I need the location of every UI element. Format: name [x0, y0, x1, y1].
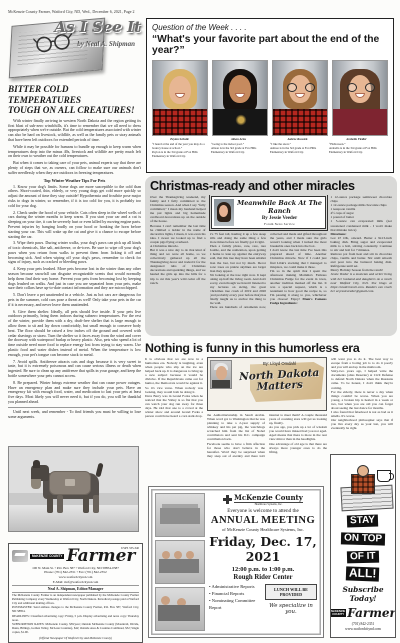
omdahl-column-1: It is obvious that we are now in a humor…: [145, 357, 203, 479]
omdahl-byline: By: Lloyd Omdahl: [235, 361, 324, 366]
printing-press-icon: [12, 550, 28, 562]
coffee-cup-icon: [377, 470, 391, 482]
tip-item: 3. Wipe their paws. During winter walks,…: [8, 241, 141, 265]
lunch-note: LUNCH WILL BE PROVIDED: [265, 584, 317, 600]
ranch-column-1: Over the Thanksgiving weekend, my family…: [150, 195, 206, 327]
as-i-see-it-logo: As I See It by Neal A. Shipman: [8, 16, 141, 82]
columnist-byline-box: Meanwhile Back At The Ranch By Jessie Ve…: [211, 196, 326, 229]
subscribe-ad: STAY ON TOP OF IT ALL! Subscribe Today! …: [330, 454, 396, 638]
meeting-subtitle: of McKenzie County Healthcare Systems, I…: [209, 527, 317, 532]
respondent-photo-2: [212, 60, 268, 136]
email-line: E-Mail: mcf@watfordcitynd.com: [12, 580, 139, 585]
respondent-caption: Peyton Schultz “I heard at the end of th…: [152, 138, 207, 172]
meeting-ad-photos: [155, 493, 205, 631]
fine-print-paragraph: DEADLINES: Classified advertising copy: …: [12, 615, 139, 623]
plaid-shirt: [273, 109, 327, 135]
paragraph: While it may be possible for humans to b…: [8, 145, 141, 159]
column-logo-byline: by Neal A. Shipman: [77, 40, 135, 48]
reader-head-graphic: [357, 465, 369, 477]
dog-beard: [31, 479, 41, 489]
question-of-the-week-box: Question of the Week . . . . “What's you…: [146, 18, 394, 173]
tip-item: 5. Don't leave a pet unattended in a veh…: [8, 293, 141, 307]
respondent-caption: Alison Arias “Going to the indoor pool.”…: [211, 138, 266, 172]
masthead-brand: McKENZIE COUNTY Farmer: [12, 548, 139, 565]
subscribe-brand: McKENZIE COUNTY Farmer: [333, 606, 393, 620]
healthcare-tagline: We specialize in you.: [265, 603, 317, 615]
respondent-caption: Arabella Fiedler “Halloween.” Arabella i…: [329, 138, 384, 172]
question-headline: “What's your favorite part about the end…: [152, 34, 388, 56]
north-dakota-matters-wordmark: North Dakota Matters: [235, 368, 325, 394]
respondent-bio: Peyton is in the 3rd grade at Fox Hills …: [152, 151, 207, 159]
meeting-ad-body: McKenzie County Healthcare Systems, Inc.…: [209, 493, 317, 631]
dog-coat-pocket: [65, 479, 75, 486]
column-byline: By Jessie Veeder: [237, 216, 323, 221]
plaid-shirt-graphic: [351, 474, 375, 494]
facility-photo: [155, 493, 205, 537]
headline-line2: TOUGH ON ALL CREATURES!: [8, 105, 141, 116]
fine-print-paragraph: SUBSCRIPTION RATES: McKenzie County, $39…: [12, 623, 139, 634]
respondent-bio: Alison is in the 3rd grade at Fox Hills …: [211, 147, 266, 155]
ranch-column-4: 1 12-ounce package semisweet chocolate c…: [331, 195, 392, 327]
north-dakota-matters-logo-box: By: Lloyd Omdahl North Dakota Matters: [207, 357, 327, 411]
columnist-bio: Jessie Veeder is a musician and writer l…: [331, 272, 392, 292]
fine-print-paragraph: The McKenzie County Farmer is an indepen…: [12, 594, 139, 605]
respondent-bio: Aubree is in the 3rd grade at Fox Hills …: [270, 147, 325, 155]
dog-in-snow-photo: [8, 446, 139, 532]
omdahl-middle-text: the Authoritarianship in Saudi Arabia. W…: [207, 413, 327, 479]
glasses-icon: [287, 83, 297, 92]
omdahl-column-middle: By: Lloyd Omdahl North Dakota Matters th…: [207, 357, 327, 479]
suit: [212, 380, 230, 388]
face: [216, 366, 227, 380]
agenda-item: Financial Reports: [209, 591, 262, 598]
column-credit: Forum News Service: [237, 222, 323, 226]
meeting-ad-right: LUNCH WILL BE PROVIDED We specialize in …: [265, 584, 317, 615]
ranch-column-middle: Meanwhile Back At The Ranch By Jessie Ve…: [210, 195, 327, 327]
medical-cross-icon: [223, 495, 232, 504]
dog-leg: [47, 495, 53, 513]
ranch-column-section: Christmas-ready and other miracles Over …: [145, 176, 397, 336]
stay-on-top-text: STAY ON TOP OF IT ALL!: [333, 510, 393, 582]
tip-item: 6. Give them shelter. Ideally, all pets …: [8, 310, 141, 358]
glasses-icon: [365, 83, 375, 92]
respondent-photo-4: [332, 60, 388, 136]
newspaper-masthead: USPS 335-340 McKENZIE COUNTY Farmer 100 …: [8, 543, 143, 643]
fudge-ingredients: 1 12-ounce package semisweet chocolate c…: [331, 195, 392, 232]
maroon-shirt: [333, 109, 387, 135]
agenda-item: Administrative Reports: [209, 584, 262, 591]
dog-leg: [83, 495, 89, 513]
logo-box-text: By: Lloyd Omdahl North Dakota Matters: [235, 360, 324, 408]
tips-heading: Top Winter Weather Tips For Pets: [8, 178, 141, 183]
stay-line: STAY: [347, 514, 378, 527]
face: [169, 76, 191, 104]
official-newspaper-line: (Official Newspaper Of Watford City And …: [12, 636, 139, 640]
meeting-ad-bottom: Administrative Reports Financial Reports…: [209, 584, 317, 615]
subscribe-contact: (701) 842-2351 www.watfordcitynd.com: [333, 622, 393, 633]
dog-leg: [57, 495, 63, 513]
headline-line1: BITTER COLD TEMPERATURES: [8, 84, 141, 105]
county-label: McKENZIE COUNTY: [330, 609, 346, 617]
fudge-directions: Got it? OK, onward. Butter a 9x13-inch b…: [331, 236, 392, 269]
care-photo: [155, 587, 205, 631]
stay-line: OF IT: [347, 551, 379, 563]
ranch-columns: Over the Thanksgiving weekend, my family…: [150, 195, 392, 327]
dog-leg: [93, 495, 99, 513]
column-logo-title: As I See It: [54, 18, 141, 36]
face: [219, 205, 228, 217]
plaid-shirt: [153, 109, 207, 135]
glasses-icon: [305, 83, 315, 92]
healthcare-logo: McKenzie County Healthcare Systems, Inc.: [209, 493, 317, 506]
masthead-contact: 100 N. Main St. • P.O. Box 587 • Watford…: [12, 566, 139, 584]
fine-print-paragraph: POSTMASTER: Send address changes to the …: [12, 606, 139, 614]
tip-item: 7. Avoid spills. Antifreeze attracts cat…: [8, 360, 141, 379]
meeting-time: 12:00 p.m. to 1:00 p.m.: [209, 566, 317, 573]
glasses-icon: [347, 83, 357, 92]
tip-item: 2. Check under the hood of your vehicle.…: [8, 211, 141, 240]
ranch-headline: Christmas-ready and other miracles: [150, 179, 392, 193]
newspaper-page: McKenzie County Farmer, Watford City, ND…: [0, 0, 400, 643]
agenda-item: Nominating Committee Report: [209, 598, 262, 612]
jessie-veeder-photo: [214, 199, 234, 226]
omdahl-headline: Nothing is funny in this humorless era: [145, 341, 397, 355]
column-closing: Until next week, and remember - To find …: [8, 407, 141, 420]
meeting-date: Friday, Dec. 17, 2021: [209, 534, 317, 564]
healthcare-org-name: McKenzie County: [234, 493, 303, 503]
annual-meeting-ad: McKenzie County Healthcare Systems, Inc.…: [148, 486, 324, 638]
meeting-location: Rough Rider Center: [209, 574, 317, 581]
question-kicker: Question of the Week . . . .: [152, 23, 388, 32]
running-header: McKenzie County Farmer, Watford City, ND…: [8, 9, 135, 14]
column-title: Meanwhile Back At The Ranch: [237, 199, 323, 215]
column-headline: BITTER COLD TEMPERATURES TOUGH ON ALL CR…: [8, 84, 141, 116]
lloyd-omdahl-photo: [210, 360, 232, 389]
black-shirt: [213, 109, 267, 135]
respondent-photo-1: [152, 60, 208, 136]
respondent-caption: Aubree Roswick “I like the snow.” Aubree…: [270, 138, 325, 172]
paragraph: With winter finally arriving in western …: [8, 119, 141, 143]
meeting-agenda-list: Administrative Reports Financial Reports…: [209, 584, 262, 615]
snow-graphic: [9, 505, 138, 531]
editor-line: Neal A. Shipman, Editor/Manager: [12, 585, 139, 593]
county-label: McKENZIE COUNTY: [30, 554, 64, 559]
farmer-wordmark: Farmer: [66, 548, 135, 565]
face: [229, 75, 251, 103]
staff-photo: [155, 540, 205, 584]
subscribe-website: www.watfordcitynd.com: [333, 627, 393, 632]
ranch-middle-text: it's 75 feet tall, hauling it up a few s…: [210, 232, 327, 327]
stay-line: ALL!: [346, 566, 380, 581]
byline-box-text: Meanwhile Back At The Ranch By Jessie Ve…: [237, 199, 323, 226]
respondent-photos: [152, 60, 388, 136]
subscribe-today-line: Subscribe Today!: [333, 585, 393, 603]
tip-item: 4. Keep your pets leashed. More pets bec…: [8, 267, 141, 291]
respondent-bio: Arabella is in the 3rd grade at Fox Hill…: [329, 147, 384, 155]
as-i-see-it-column: As I See It by Neal A. Shipman BITTER CO…: [8, 16, 141, 643]
farmer-wordmark: Farmer: [347, 606, 396, 620]
column-body: With winter finally arriving in western …: [8, 119, 141, 441]
tip-item: 8. Be prepared. Winter brings extreme we…: [8, 381, 141, 405]
meeting-title: ANNUAL MEETING: [209, 515, 317, 526]
respondent-captions: Peyton Schultz “I heard at the end of th…: [152, 138, 388, 172]
paragraph: But when it comes to taking care of your…: [8, 161, 141, 175]
meeting-welcome-line: Everyone is welcome to attend the: [209, 508, 317, 514]
dog-tail: [95, 462, 103, 477]
healthcare-org-sub: Healthcare Systems, Inc.: [234, 503, 303, 506]
stay-line: ON TOP: [341, 532, 385, 545]
subscribe-illustration: [333, 458, 393, 510]
tip-item: 1. Know your dog's limits. Some dogs are…: [8, 185, 141, 209]
dog-ear: [33, 460, 40, 468]
respondent-photo-3: [272, 60, 328, 136]
masthead-fine-print: The McKenzie County Farmer is an indepen…: [12, 594, 139, 635]
usps-number: USPS 335-340: [121, 546, 139, 550]
